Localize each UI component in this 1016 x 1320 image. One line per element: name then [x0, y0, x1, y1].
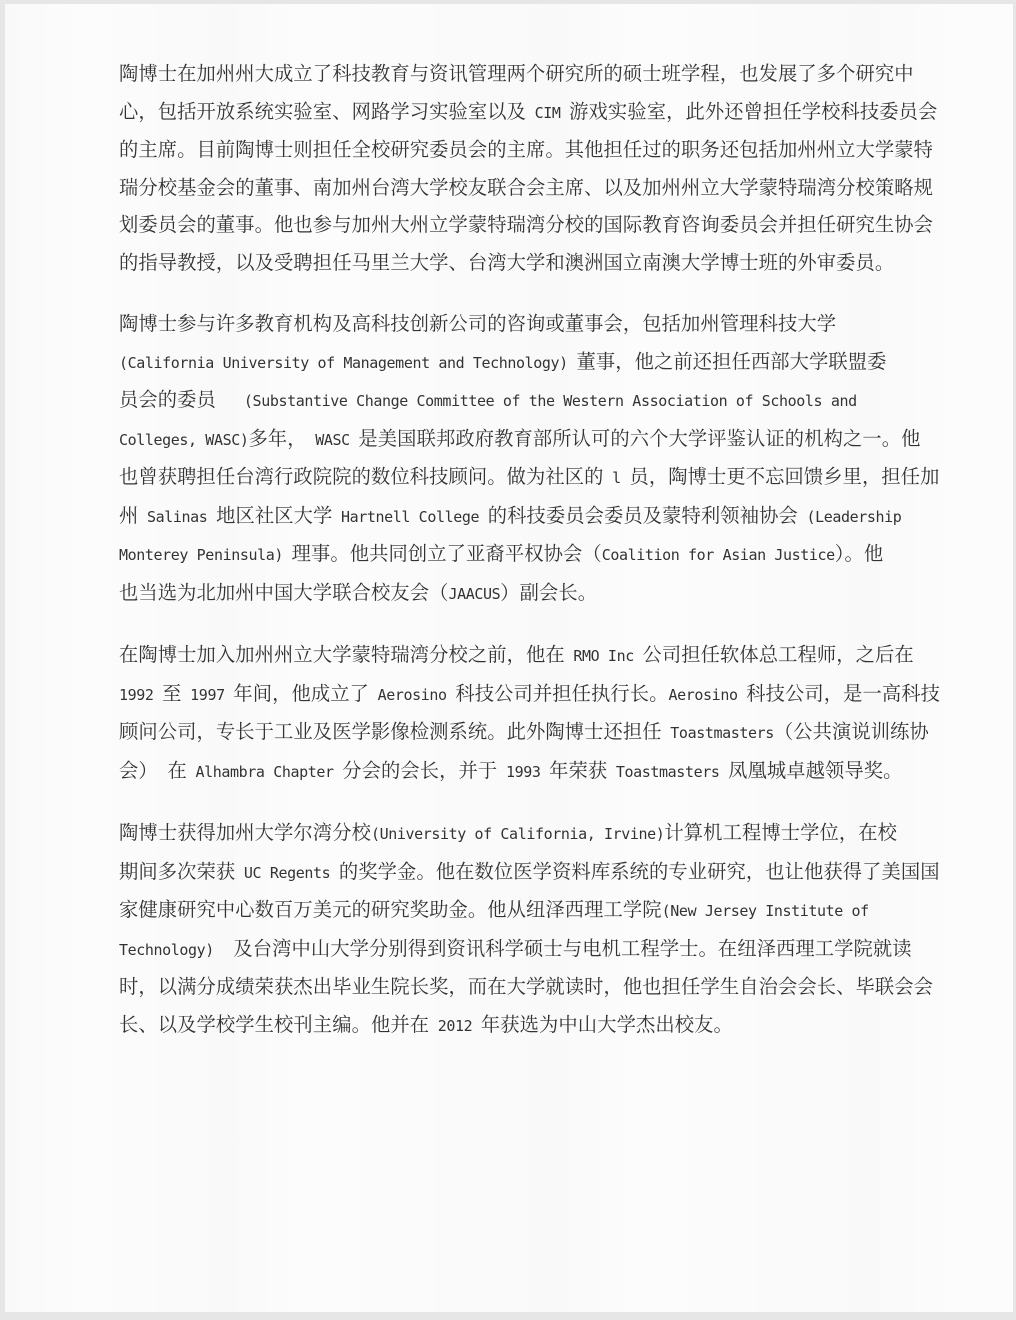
screenshot-root: { "style": { "edge_color": "#e6e6e6", "p… [0, 0, 1016, 1320]
latin-text: Aerosino [369, 686, 455, 704]
latin-text: (California University of Management and… [119, 354, 576, 372]
text-line: 1992 至 1997 年间，他成立了 Aerosino 科技公司并担任执行长。… [119, 676, 899, 715]
text-line: 州 Salinas 地区社区大学 Hartnell College 的科技委员会… [119, 498, 899, 537]
paragraph: 陶博士参与许多教育机构及高科技创新公司的咨询或董事会，包括加州管理科技大学(Ca… [119, 306, 899, 613]
text-line: 瑞分校基金会的董事、南加州台湾大学校友联合会主席、以及加州州立大学蒙特瑞湾分校策… [119, 170, 899, 208]
latin-text: CIM [526, 104, 569, 122]
text-line: 划委员会的董事。他也参与加州大州立学蒙特瑞湾分校的国际教育咨询委员会并担任研究生… [119, 207, 899, 245]
text-line: Colleges, WASC)多年， WASC 是美国联邦政府教育部所认可的六个… [119, 421, 899, 460]
text-line: 家健康研究中心数百万美元的研究奖助金。他从纽泽西理工学院(New Jersey … [119, 892, 899, 931]
text-line: 期间多次荣获 UC Regents 的奖学金。他在数位医学资料库系统的专业研究，… [119, 854, 899, 893]
latin-text: JAACUS [448, 585, 500, 603]
latin-text: Colleges, WASC) [119, 431, 248, 449]
latin-text: Monterey Peninsula) [119, 546, 292, 564]
latin-text: 1993 [497, 763, 549, 781]
text-line: 陶博士参与许多教育机构及高科技创新公司的咨询或董事会，包括加州管理科技大学 [119, 306, 899, 344]
text-line: 也曾获聘担任台湾行政院院的数位科技顾问。做为社区的 l 员，陶博士更不忘回馈乡里… [119, 459, 899, 498]
latin-text: UC Regents [235, 864, 339, 882]
text-line: 在陶博士加入加州州立大学蒙特瑞湾分校之前，他在 RMO Inc 公司担任软体总工… [119, 637, 899, 676]
document-page: 陶博士在加州州大成立了科技教育与资讯管理两个研究所的硕士班学程，也发展了多个研究… [5, 4, 1013, 1312]
text-line: 时，以满分成绩荣获杰出毕业生院长奖，而在大学就读时，他也担任学生自治会会长、毕联… [119, 969, 899, 1007]
latin-text: (Substantive Change Committee of the Wes… [235, 392, 856, 410]
latin-text: Salinas [138, 508, 216, 526]
document-text: 陶博士在加州州大成立了科技教育与资讯管理两个研究所的硕士班学程，也发展了多个研究… [119, 56, 899, 1069]
text-line: 陶博士在加州州大成立了科技教育与资讯管理两个研究所的硕士班学程，也发展了多个研究… [119, 56, 899, 94]
paragraph: 陶博士获得加州大学尔湾分校(University of California, … [119, 815, 899, 1045]
paragraph: 陶博士在加州州大成立了科技教育与资讯管理两个研究所的硕士班学程，也发展了多个研究… [119, 56, 899, 282]
latin-text: Coalition for Asian Justice [602, 546, 835, 564]
text-line: 会） 在 Alhambra Chapter 分会的会长，并于 1993 年荣获 … [119, 753, 899, 792]
latin-text: Technology) [119, 941, 214, 959]
latin-text: Toastmasters [607, 763, 728, 781]
text-line: 的指导教授，以及受聘担任马里兰大学、台湾大学和澳洲国立南澳大学博士班的外审委员。 [119, 245, 899, 283]
latin-text: Alhambra Chapter [187, 763, 342, 781]
text-line: 也当选为北加州中国大学联合校友会（JAACUS）副会长。 [119, 575, 899, 614]
text-line: 顾问公司，专长于工业及医学影像检测系统。此外陶博士还担任 Toastmaster… [119, 714, 899, 753]
latin-text: WASC [307, 431, 359, 449]
text-line: 的主席。目前陶博士则担任全校研究委员会的主席。其他担任过的职务还包括加州州立大学… [119, 132, 899, 170]
latin-text: 1997 [182, 686, 234, 704]
latin-text: Toastmasters [662, 724, 774, 742]
latin-text: 1992 [119, 686, 162, 704]
text-line: 陶博士获得加州大学尔湾分校(University of California, … [119, 815, 899, 854]
text-line: 员会的委员 (Substantive Change Committee of t… [119, 382, 899, 421]
latin-text: (University of California, Irvine) [371, 825, 664, 843]
text-line: (California University of Management and… [119, 344, 899, 383]
text-line: Technology) 及台湾中山大学分别得到资讯科学硕士与电机工程学士。在纽泽… [119, 931, 899, 970]
latin-text: (New Jersey Institute of [662, 902, 869, 920]
latin-text: l [604, 469, 630, 487]
text-line: Monterey Peninsula) 理事。他共同创立了亚裔平权协会（Coal… [119, 536, 899, 575]
text-line: 心，包括开放系统实验室、网路学习实验室以及 CIM 游戏实验室，此外还曾担任学校… [119, 94, 899, 133]
latin-text: Hartnell College [332, 508, 487, 526]
paragraph: 在陶博士加入加州州立大学蒙特瑞湾分校之前，他在 RMO Inc 公司担任软体总工… [119, 637, 899, 791]
text-line: 长、以及学校学生校刊主编。他并在 2012 年获选为中山大学杰出校友。 [119, 1007, 899, 1046]
latin-text: RMO Inc [565, 647, 643, 665]
latin-text: (Leadership [798, 508, 902, 526]
latin-text: 2012 [429, 1017, 481, 1035]
latin-text: Aerosino [669, 686, 747, 704]
